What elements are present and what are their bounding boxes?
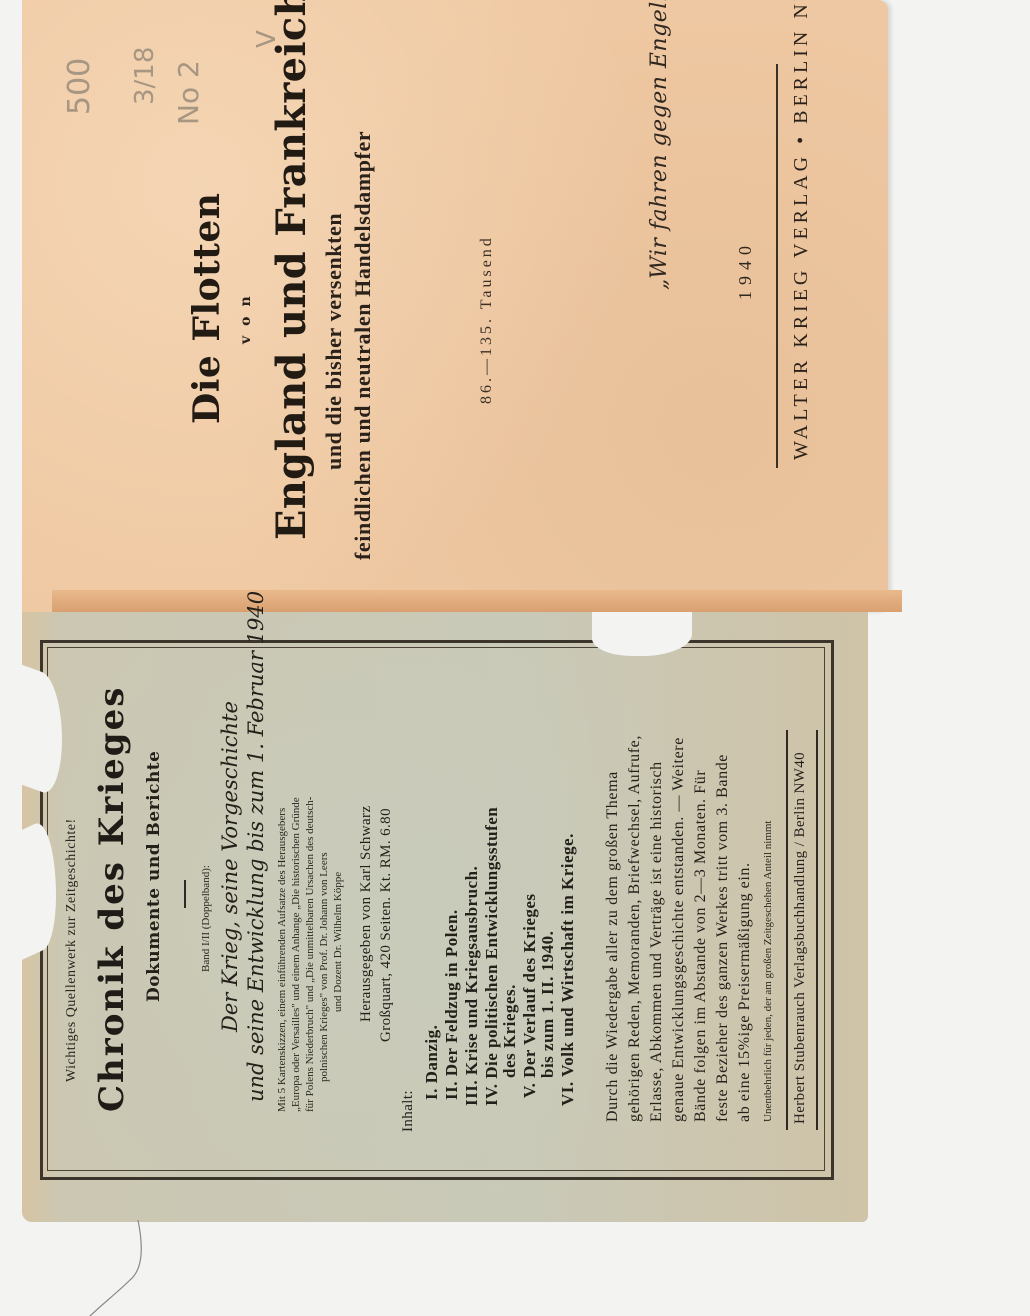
ad-paragraph-line3: Erlasse, Abkommen und Verträge ist eine … xyxy=(648,761,666,1122)
ad-subtitle: Dokumente und Berichte xyxy=(144,751,164,1002)
print-run: 86.—135. Tausend xyxy=(478,235,496,404)
ad-contents-item-5b: bis zum 1. II. 1940. xyxy=(538,931,558,1078)
ad-contents-item-4: IV. Die politischen Entwicklungsstufen xyxy=(482,807,502,1106)
ad-editor: Herausgegeben von Karl Schwarz xyxy=(358,806,375,1023)
ad-contents-item-5: V. Der Verlauf des Krieges xyxy=(520,893,540,1098)
ad-contents-item-4b: des Krieges. xyxy=(500,984,520,1078)
ad-description-line4: polnischen Krieges" von Prof. Dr. Johann… xyxy=(318,852,330,1082)
ad-publisher: Herbert Stubenrauch Verlagsbuchhandlung … xyxy=(792,752,809,1124)
ad-contents-item-6: VI. Volk und Wirtschaft im Kriege. xyxy=(558,833,578,1106)
tear-top xyxy=(592,612,692,656)
cover-publisher: WALTER KRIEG VERLAG • BERLIN NW 40 xyxy=(790,0,813,460)
ad-volume-title-line2: und seine Entwicklung bis zum 1. Februar… xyxy=(244,591,268,1102)
ad-paragraph-line5: Bände folgen im Abstande von 2—3 Monaten… xyxy=(692,770,710,1122)
ad-paragraph-line2: gehörigen Reden, Memoranden, Briefwechse… xyxy=(626,735,644,1122)
ad-contents-item-1: I. Danzig. xyxy=(422,1025,442,1100)
ad-footer-rule-top xyxy=(786,730,788,1130)
ad-description-line1: Mit 5 Kartenskizzen, einem einführenden … xyxy=(276,808,288,1112)
cover-year: 1940 xyxy=(735,240,756,300)
pencil-note-number: 500 xyxy=(62,58,97,115)
ad-paragraph-line7: ab eine 15%ige Preisermäßigung ein. xyxy=(736,862,754,1122)
stray-pencil-line xyxy=(80,1220,150,1316)
ad-volume: Band I/II (Doppelband): xyxy=(200,865,212,972)
cover-title-von: von xyxy=(238,286,254,344)
ad-description-line2: „Europa oder Versailles" und einem Anhan… xyxy=(290,797,302,1112)
cover-subtitle-line2: feindlichen und neutralen Handelsdampfer xyxy=(350,131,376,560)
ad-footer-rule-bottom xyxy=(816,730,818,1130)
ad-contents-item-3: III. Krise und Kriegsausbruch. xyxy=(462,866,482,1106)
ad-description-line3: für Polens Niederbruch" und „Die unmitte… xyxy=(304,797,316,1112)
ad-tagline: Wichtiges Quellenwerk zur Zeitgeschichte… xyxy=(64,818,80,1082)
ad-title: Chronik des Krieges xyxy=(92,686,132,1112)
ad-note: Unentbehrlich für jeden, der am großen Z… xyxy=(762,821,774,1123)
cover-bottom-edge xyxy=(52,590,902,612)
ad-paragraph-line6: feste Bezieher des ganzen Werkes tritt v… xyxy=(714,754,732,1122)
ad-contents-item-2: II. Der Feldzug in Polen. xyxy=(442,909,462,1100)
ad-paragraph-line1: Durch die Wiedergabe aller zu dem großen… xyxy=(604,771,622,1122)
ad-description-line5: und Dozent Dr. Wilhelm Köppe xyxy=(332,872,344,1012)
back-cover-advertisement: Wichtiges Quellenwerk zur Zeitgeschichte… xyxy=(22,612,868,1222)
front-cover: 500 3/18 No 2 V Die Flotten von England … xyxy=(22,0,888,612)
ad-contents-label: Inhalt: xyxy=(400,1090,417,1132)
ad-volume-title-line1: Der Krieg, seine Vorgeschichte xyxy=(218,701,242,1032)
cover-motto: „Wir fahren gegen Engelland" xyxy=(647,0,672,290)
pencil-note-code: 3/18 xyxy=(130,47,160,105)
cover-title-line1: Die Flotten xyxy=(186,193,228,424)
cover-title-line2: England und Frankreich xyxy=(268,0,315,540)
cover-subtitle-line1: und die bisher versenkten xyxy=(321,213,347,470)
pencil-note-no: No 2 xyxy=(172,60,205,125)
publisher-rule xyxy=(776,64,778,468)
ad-short-rule xyxy=(184,880,186,908)
ad-format-price: Großquart, 420 Seiten. Kt. RM. 6.80 xyxy=(378,808,395,1042)
ad-paragraph-line4: genaue Entwicklungsgeschichte entstanden… xyxy=(670,737,688,1122)
